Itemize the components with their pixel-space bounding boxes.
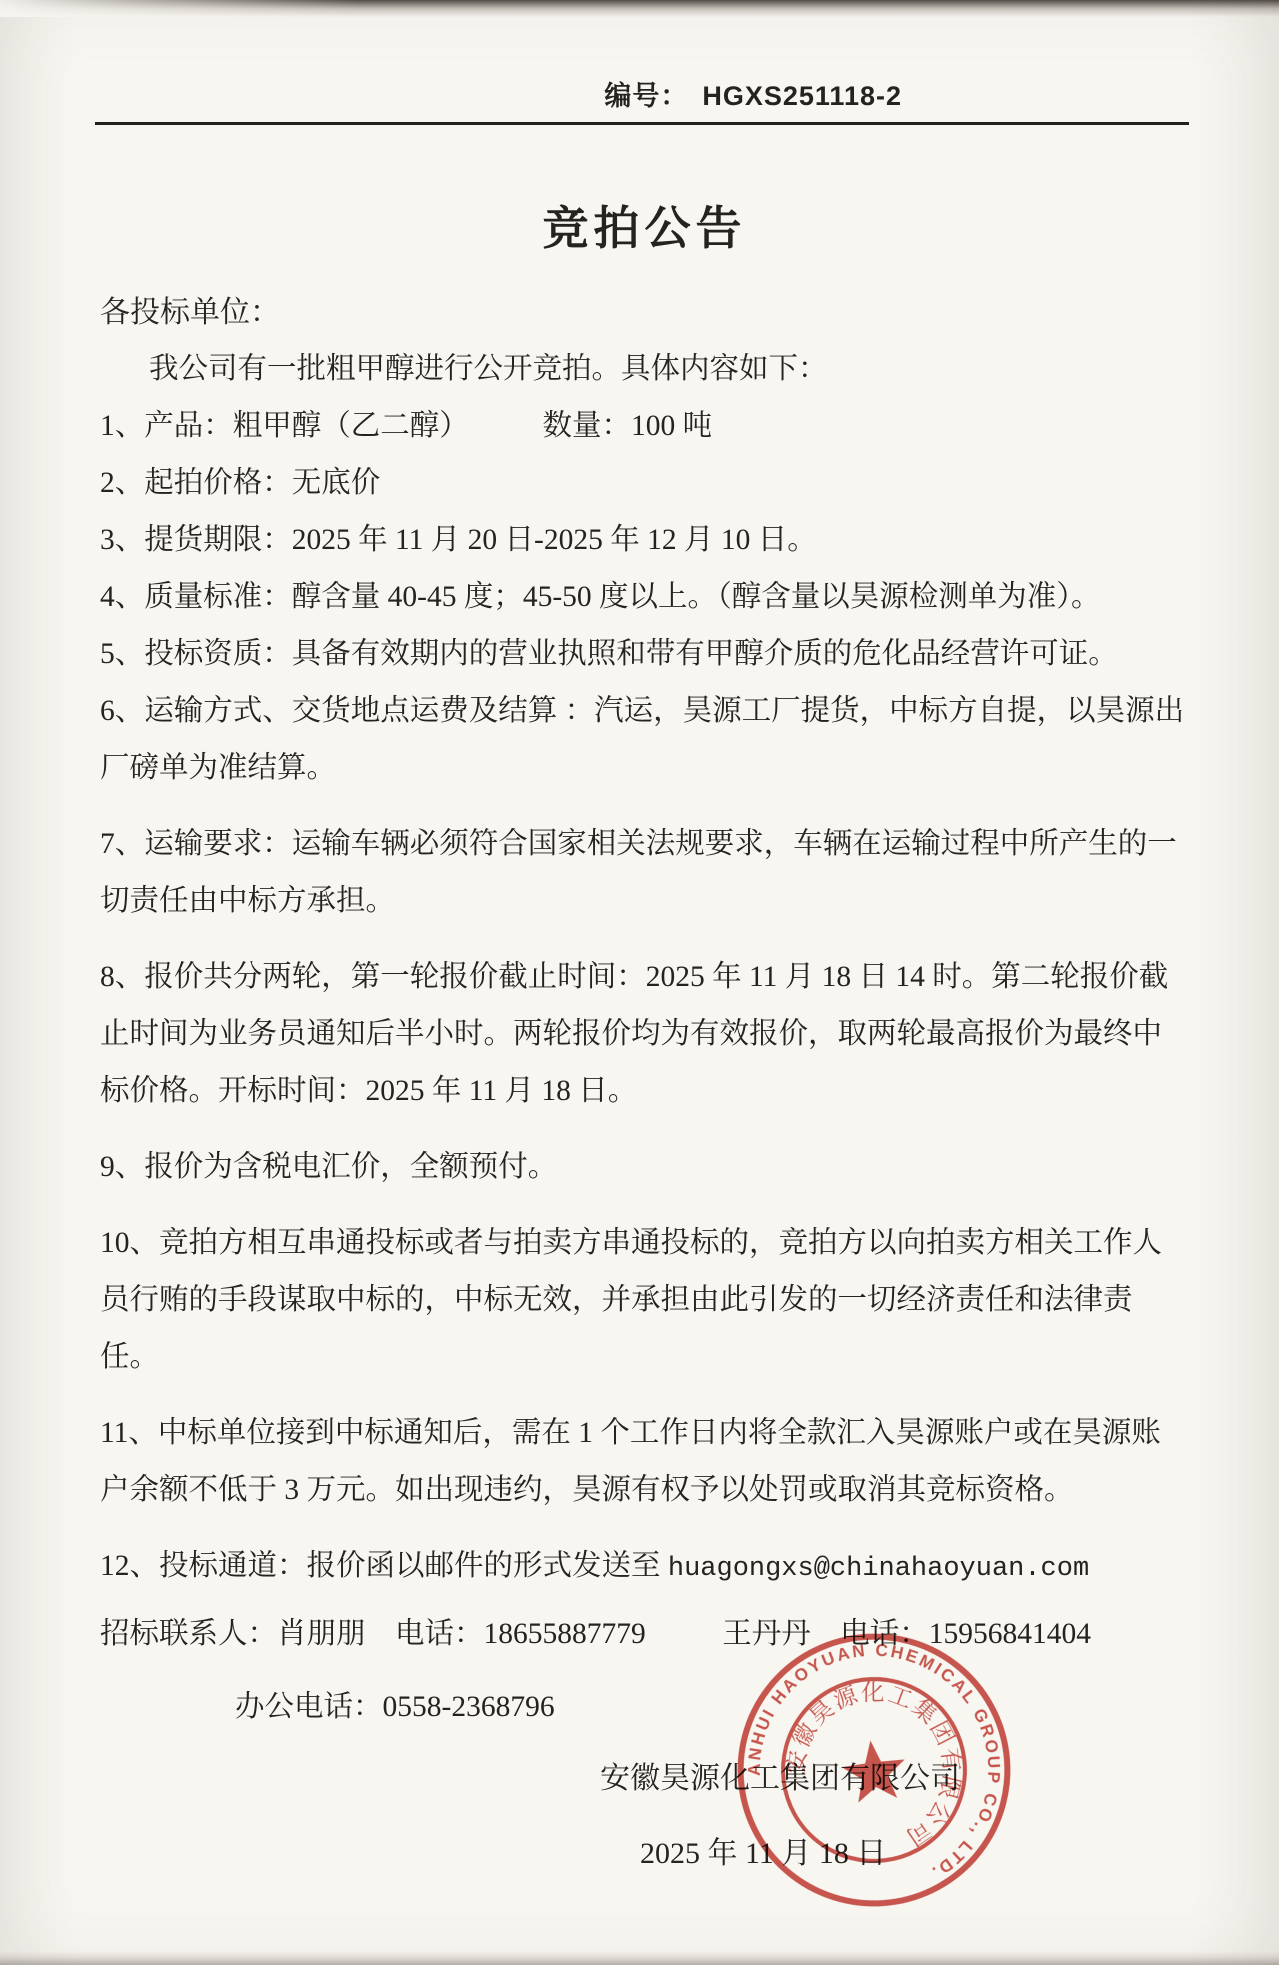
contact-left: 招标联系人：肖朋朋 电话：18655887779 <box>100 1606 646 1663</box>
item-9: 9、报价为含税电汇价，全额预付。 <box>100 1139 1189 1196</box>
bid-contact-line: 招标联系人：肖朋朋 电话：18655887779 王丹丹 电话：15956841… <box>100 1606 1189 1663</box>
item-12-text: 12、投标通道：报价函以邮件的形式发送至 <box>100 1550 668 1582</box>
item-8: 8、报价共分两轮，第一轮报价截止时间：2025 年 11 月 18 日 14 时… <box>100 949 1189 1120</box>
scan-artifact-top <box>0 0 1279 17</box>
item-11: 11、中标单位接到中标通知后，需在 1 个工作日内将全款汇入昊源账户或在昊源账户… <box>100 1405 1189 1519</box>
item-4: 4、质量标准：醇含量 40-45 度；45-50 度以上。（醇含量以昊源检测单为… <box>100 569 1189 626</box>
company-seal: ANHUI HAOYUAN CHEMICAL GROUP CO., LTD. 安… <box>714 1610 1035 1931</box>
item-7: 7、运输要求：运输车辆必须符合国家相关法规要求，车辆在运输过程中所产生的一切责任… <box>100 816 1189 930</box>
header-rule <box>95 122 1189 125</box>
page-title: 竞拍公告 <box>100 199 1189 257</box>
bid-email-address: huagongxs@chinahaoyuan.com <box>668 1554 1089 1584</box>
item-3: 3、提货期限：2025 年 11 月 20 日-2025 年 12 月 10 日… <box>100 512 1189 569</box>
doc-number: HGXS251118-2 <box>702 81 902 111</box>
item-10: 10、竞拍方相互串通投标或者与拍卖方串通投标的，竞拍方以向拍卖方相关工作人员行贿… <box>100 1215 1189 1386</box>
item-12: 12、投标通道：报价函以邮件的形式发送至 huagongxs@chinahaoy… <box>100 1538 1189 1598</box>
intro-paragraph: 我公司有一批粗甲醇进行公开竞拍。具体内容如下： <box>100 341 1189 398</box>
doc-number-label: 编号： <box>604 81 688 111</box>
scanned-document-page: 编号：HGXS251118-2 竞拍公告 各投标单位： 我公司有一批粗甲醇进行公… <box>0 0 1279 1965</box>
seal-star-icon <box>839 1737 909 1805</box>
item-6: 6、运输方式、交货地点运费及结算 ：汽运，昊源工厂提货，中标方自提，以昊源出厂磅… <box>100 683 1189 797</box>
office-phone-line: 办公电话：0558-2368796 <box>100 1679 1189 1736</box>
scan-artifact-bottom <box>0 1951 1279 1965</box>
salutation: 各投标单位： <box>100 284 1189 341</box>
item-1: 1、产品：粗甲醇（乙二醇） 数量：100 吨 <box>100 398 1189 455</box>
item-5: 5、投标资质：具备有效期内的营业执照和带有甲醇介质的危化品经营许可证。 <box>100 626 1189 683</box>
item-2: 2、起拍价格：无底价 <box>100 455 1189 512</box>
